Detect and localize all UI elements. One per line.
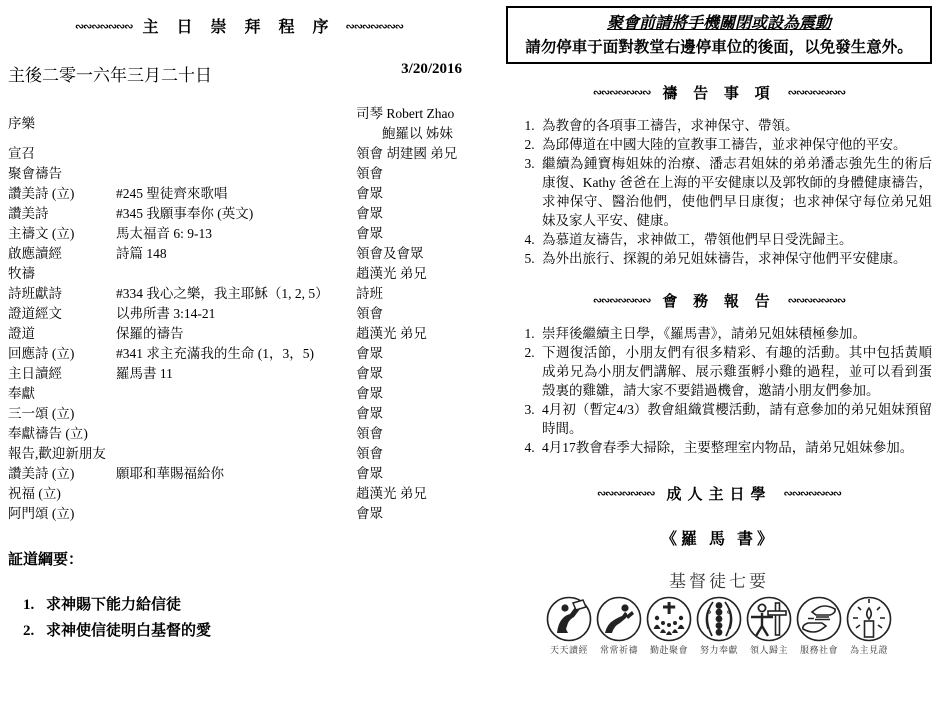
essential-serve-society: 服務社會 <box>795 596 843 656</box>
program-item-label: 主禱文 (立) <box>8 222 116 242</box>
seven-essentials-icons-row: 天天讀經 常常祈禱 <box>506 596 932 656</box>
offering-icon <box>695 596 743 642</box>
assignee-line1: 會眾 <box>356 366 383 381</box>
scroll-ornament-icon: ∾∾∾∾∾∾∾ <box>593 86 651 99</box>
program-item-detail: 馬太福音 6: 9-13 <box>116 222 356 242</box>
assignee-line2: 鮑羅以 姊妹 <box>356 122 470 142</box>
report-section-header: ∾∾∾∾∾∾∾ 會 務 報 告 ∾∾∾∾∾∾∾ <box>506 290 932 311</box>
program-item-label: 證道經文 <box>8 302 116 322</box>
program-item-assignee: 會眾 <box>356 362 470 382</box>
page-title: 主 日 崇 拜 程 序 <box>142 19 335 36</box>
report-item: 下週復活節，小朋友們有很多精彩、有趣的活動。其中包括黃順成弟兄為小朋友們講解、展… <box>538 343 932 400</box>
essential-lead-to-lord: 領人歸主 <box>745 596 793 656</box>
program-row: 聚會禱告 領會 <box>8 162 470 182</box>
prayer-item: 為邱傳道在中國大陸的宣教事工禱告，並求神保守他的平安。 <box>538 135 932 154</box>
essential-offering: 努力奉獻 <box>695 596 743 656</box>
essential-attend-gathering: 勤赴聚會 <box>645 596 693 656</box>
program-item-detail: 以弗所書 3:14-21 <box>116 302 356 322</box>
serve-society-icon <box>795 596 843 642</box>
program-item-assignee: 趙漢光 弟兄 <box>356 322 470 342</box>
sunday-school-title: 成人主日學 <box>666 487 771 503</box>
program-row: 證道 保羅的禱告 趙漢光 弟兄 <box>8 322 470 342</box>
essential-label: 服務社會 <box>795 643 843 656</box>
assignee-line1: 會眾 <box>356 406 383 421</box>
program-item-label: 回應詩 (立) <box>8 342 116 362</box>
essential-pray: 常常祈禱 <box>595 596 643 656</box>
date-numeric: 3/20/2016 <box>401 61 462 86</box>
program-table: 序樂 司琴 Robert Zhao鮑羅以 姊妹 宣召 領會 胡建國 弟兄 聚會禱… <box>8 102 470 522</box>
scroll-ornament-icon: ∾∾∾∾∾∾∾ <box>75 20 133 33</box>
assignee-line1: 會眾 <box>356 466 383 481</box>
assignee-line1: 詩班 <box>356 286 383 301</box>
seven-essentials-title: 基督徒七要 <box>506 567 932 592</box>
sermon-outline-item: 求神賜下能力給信徒 <box>38 593 470 614</box>
assignee-line1: 會眾 <box>356 386 383 401</box>
program-row: 奉獻 會眾 <box>8 382 470 402</box>
sermon-outline-title: 証道綱要： <box>8 548 470 569</box>
program-item-assignee: 會眾 <box>356 342 470 362</box>
program-item-assignee: 領會 胡建國 弟兄 <box>356 142 470 162</box>
read-bible-icon <box>545 596 593 642</box>
scroll-ornament-icon: ∾∾∾∾∾∾∾ <box>784 487 842 500</box>
program-row: 主禱文 (立) 馬太福音 6: 9-13 會眾 <box>8 222 470 242</box>
program-item-label: 讚美詩 (立) <box>8 182 116 202</box>
program-row: 讚美詩 (立) 願耶和華賜福給你 會眾 <box>8 462 470 482</box>
assignee-line1: 領會 <box>356 306 383 321</box>
essential-label: 常常祈禱 <box>595 643 643 656</box>
pray-icon <box>595 596 643 642</box>
program-item-assignee: 領會 <box>356 422 470 442</box>
program-item-label: 祝福 (立) <box>8 482 116 502</box>
essential-label: 勤赴聚會 <box>645 643 693 656</box>
scroll-ornament-icon: ∾∾∾∾∾∾∾ <box>597 487 655 500</box>
program-row: 牧禱 趙漢光 弟兄 <box>8 262 470 282</box>
program-item-detail: 詩篇 148 <box>116 242 356 262</box>
prayer-item: 為教會的各項事工禱告，求神保守、帶領。 <box>538 116 932 135</box>
sermon-outline-item: 求神使信徒明白基督的愛 <box>38 619 470 640</box>
report-item: 4月初（暫定4/3）教會組織賞櫻活動，請有意參加的弟兄姐妹預留時間。 <box>538 400 932 438</box>
sunday-school-header: ∾∾∾∾∾∾∾ 成人主日學 ∾∾∾∾∾∾∾ <box>506 483 932 504</box>
church-bulletin-page: ∾∾∾∾∾∾∾ 主 日 崇 拜 程 序 ∾∾∾∾∾∾∾ 主後二零一六年三月二十日… <box>0 0 936 728</box>
program-item-assignee: 司琴 Robert Zhao鮑羅以 姊妹 <box>356 102 470 142</box>
program-item-detail: #245 聖徒齊來歌唱 <box>116 182 356 202</box>
assignee-line1: 會眾 <box>356 226 383 241</box>
scroll-ornament-icon: ∾∾∾∾∾∾∾ <box>346 20 404 33</box>
program-item-detail: #341 求主充滿我的生命 (1，3，5) <box>116 342 356 362</box>
assignee-line1: 會眾 <box>356 206 383 221</box>
scroll-ornament-icon: ∾∾∾∾∾∾∾ <box>593 294 651 307</box>
essential-label: 為主見證 <box>845 643 893 656</box>
program-item-assignee: 趙漢光 弟兄 <box>356 262 470 282</box>
program-item-assignee: 領會及會眾 <box>356 242 470 262</box>
program-item-detail: 願耶和華賜福給你 <box>116 462 356 482</box>
program-item-label: 奉獻禱告 (立) <box>8 422 116 442</box>
scroll-ornament-icon: ∾∾∾∾∾∾∾ <box>788 294 846 307</box>
program-item-assignee: 會眾 <box>356 462 470 482</box>
prayer-items-list: 為教會的各項事工禱告，求神保守、帶領。 為邱傳道在中國大陸的宣教事工禱告，並求神… <box>506 116 932 268</box>
program-row: 奉獻禱告 (立) 領會 <box>8 422 470 442</box>
notice-box: 聚會前請將手機關閉或設為震動 請勿停車于面對教堂右邊停車位的後面，以免發生意外。 <box>506 6 932 64</box>
program-item-assignee: 會眾 <box>356 402 470 422</box>
program-item-detail: #345 我願事奉你 (英文) <box>116 202 356 222</box>
assignee-line1: 會眾 <box>356 186 383 201</box>
program-item-assignee: 會眾 <box>356 222 470 242</box>
program-item-assignee: 會眾 <box>356 502 470 522</box>
program-item-assignee: 會眾 <box>356 382 470 402</box>
program-row: 序樂 司琴 Robert Zhao鮑羅以 姊妹 <box>8 102 470 142</box>
program-row: 詩班獻詩 #334 我心之樂，我主耶穌（1, 2, 5） 詩班 <box>8 282 470 302</box>
prayer-section-header: ∾∾∾∾∾∾∾ 禱 告 事 項 ∾∾∾∾∾∾∾ <box>506 82 932 103</box>
essential-label: 努力奉獻 <box>695 643 743 656</box>
seven-essentials-block: 基督徒七要 天天讀經 <box>506 567 932 656</box>
prayer-item: 為慕道友禱告，求神做工，帶領他們早日受洗歸主。 <box>538 230 932 249</box>
program-item-assignee: 會眾 <box>356 182 470 202</box>
attend-gathering-icon <box>645 596 693 642</box>
program-item-label: 報告,歡迎新朋友 <box>8 442 116 462</box>
program-item-label: 三一頌 (立) <box>8 402 116 422</box>
scroll-ornament-icon: ∾∾∾∾∾∾∾ <box>788 86 846 99</box>
notice-phone: 聚會前請將手機關閉或設為震動 <box>514 10 924 33</box>
worship-program-column: ∾∾∾∾∾∾∾ 主 日 崇 拜 程 序 ∾∾∾∾∾∾∾ 主後二零一六年三月二十日… <box>8 14 470 645</box>
program-item-assignee: 領會 <box>356 162 470 182</box>
program-row: 讚美詩 (立) #245 聖徒齊來歌唱 會眾 <box>8 182 470 202</box>
assignee-line1: 趙漢光 弟兄 <box>356 326 427 341</box>
report-item: 崇拜後繼續主日學，《羅馬書》，請弟兄姐妹積極參加。 <box>538 324 932 343</box>
program-row: 回應詩 (立) #341 求主充滿我的生命 (1，3，5) 會眾 <box>8 342 470 362</box>
report-section-title: 會 務 報 告 <box>662 294 775 310</box>
program-item-assignee: 領會 <box>356 442 470 462</box>
program-item-label: 證道 <box>8 322 116 342</box>
essential-read-bible: 天天讀經 <box>545 596 593 656</box>
assignee-line1: 領會 <box>356 446 383 461</box>
announcements-column: 聚會前請將手機關閉或設為震動 請勿停車于面對教堂右邊停車位的後面，以免發生意外。… <box>506 6 932 656</box>
study-book-title: 《羅 馬 書》 <box>506 526 932 549</box>
worship-program-header: ∾∾∾∾∾∾∾ 主 日 崇 拜 程 序 ∾∾∾∾∾∾∾ <box>8 14 470 37</box>
notice-parking: 請勿停車于面對教堂右邊停車位的後面，以免發生意外。 <box>514 35 924 57</box>
assignee-line1: 會眾 <box>356 506 383 521</box>
prayer-section-title: 禱 告 事 項 <box>662 86 775 102</box>
program-item-detail: 羅馬書 11 <box>116 362 356 382</box>
program-item-label: 阿門頌 (立) <box>8 502 116 522</box>
program-item-assignee: 會眾 <box>356 202 470 222</box>
assignee-line1: 會眾 <box>356 346 383 361</box>
program-row: 三一頌 (立) 會眾 <box>8 402 470 422</box>
sermon-outline-list: 求神賜下能力給信徒 求神使信徒明白基督的愛 <box>38 593 470 640</box>
date-row: 主後二零一六年三月二十日 3/20/2016 <box>8 61 470 86</box>
report-item: 4月17教會春季大掃除，主要整理室内物品，請弟兄姐妹參加。 <box>538 438 932 457</box>
program-item-label: 啟應讀經 <box>8 242 116 262</box>
lead-to-lord-icon <box>745 596 793 642</box>
program-row: 讚美詩 #345 我願事奉你 (英文) 會眾 <box>8 202 470 222</box>
prayer-item: 繼續為鍾寶梅姐妹的治療、潘志君姐妹的弟弟潘志強先生的術后康復、Kathy 爸爸在… <box>538 154 932 230</box>
assignee-line1: 趙漢光 弟兄 <box>356 486 427 501</box>
program-item-label: 主日讀經 <box>8 362 116 382</box>
program-item-label: 奉獻 <box>8 382 116 402</box>
program-item-label: 牧禱 <box>8 262 116 282</box>
program-item-label: 聚會禱告 <box>8 162 116 182</box>
assignee-line1: 趙漢光 弟兄 <box>356 266 427 281</box>
program-row: 阿門頌 (立) 會眾 <box>8 502 470 522</box>
essential-witness: 為主見證 <box>845 596 893 656</box>
program-item-label: 宣召 <box>8 142 116 162</box>
program-item-detail: #334 我心之樂，我主耶穌（1, 2, 5） <box>116 282 356 302</box>
essential-label: 天天讀經 <box>545 643 593 656</box>
program-item-label: 讚美詩 (立) <box>8 462 116 482</box>
assignee-line1: 領會及會眾 <box>356 246 424 261</box>
program-item-assignee: 詩班 <box>356 282 470 302</box>
program-item-assignee: 趙漢光 弟兄 <box>356 482 470 502</box>
program-item-label: 讚美詩 <box>8 202 116 222</box>
prayer-item: 為外出旅行、探親的弟兄姐妹禱告，求神保守他們平安健康。 <box>538 249 932 268</box>
program-item-assignee: 領會 <box>356 302 470 322</box>
assignee-line1: 領會 胡建國 弟兄 <box>356 146 457 161</box>
assignee-line1: 司琴 Robert Zhao <box>356 106 454 121</box>
program-item-detail: 保羅的禱告 <box>116 322 356 342</box>
assignee-line1: 領會 <box>356 166 383 181</box>
program-row: 報告,歡迎新朋友 領會 <box>8 442 470 462</box>
assignee-line1: 領會 <box>356 426 383 441</box>
program-row: 證道經文 以弗所書 3:14-21 領會 <box>8 302 470 322</box>
program-row: 宣召 領會 胡建國 弟兄 <box>8 142 470 162</box>
program-item-label: 詩班獻詩 <box>8 282 116 302</box>
date-chinese: 主後二零一六年三月二十日 <box>8 61 212 86</box>
essential-label: 領人歸主 <box>745 643 793 656</box>
witness-candle-icon <box>845 596 893 642</box>
program-row: 祝福 (立) 趙漢光 弟兄 <box>8 482 470 502</box>
program-row: 主日讀經 羅馬書 11 會眾 <box>8 362 470 382</box>
program-row: 啟應讀經 詩篇 148 領會及會眾 <box>8 242 470 262</box>
report-items-list: 崇拜後繼續主日學，《羅馬書》，請弟兄姐妹積極參加。 下週復活節，小朋友們有很多精… <box>506 324 932 457</box>
program-item-label: 序樂 <box>8 112 116 132</box>
